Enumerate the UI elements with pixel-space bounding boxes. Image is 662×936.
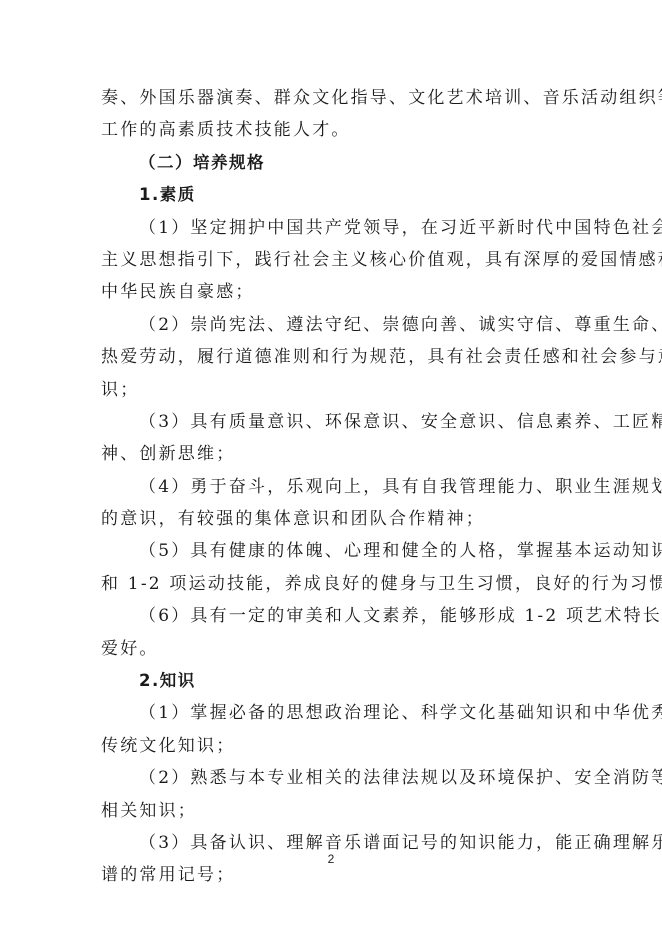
text-line: 谱的常用记号； <box>101 863 563 895</box>
text-line: 传统文化知识； <box>101 734 563 766</box>
text-line: （4）勇于奋斗，乐观向上，具有自我管理能力、职业生涯规划 <box>101 475 563 507</box>
text-line: （1）坚定拥护中国共产党领导，在习近平新时代中国特色社会 <box>101 216 563 248</box>
text-line: 热爱劳动，履行道德准则和行为规范，具有社会责任感和社会参与意 <box>101 345 563 377</box>
section-heading: （二）培养规格 <box>101 151 563 183</box>
text-line: 神、创新思维； <box>101 442 563 474</box>
subsection-heading: 2.知识 <box>101 669 563 701</box>
text-line: 的意识，有较强的集体意识和团队合作精神； <box>101 507 563 539</box>
document-page: 奏、外国乐器演奏、群众文化指导、文化艺术培训、音乐活动组织等 工作的高素质技术技… <box>101 86 563 896</box>
text-line: （2）熟悉与本专业相关的法律法规以及环境保护、安全消防等 <box>101 766 563 798</box>
text-line: （5）具有健康的体魄、心理和健全的人格，掌握基本运动知识 <box>101 539 563 571</box>
text-line: 爱好。 <box>101 637 563 669</box>
text-line: 中华民族自豪感； <box>101 280 563 312</box>
subsection-heading: 1.素质 <box>101 183 563 215</box>
text-line: 主义思想指引下，践行社会主义核心价值观，具有深厚的爱国情感和 <box>101 248 563 280</box>
text-line: （1）掌握必备的思想政治理论、科学文化基础知识和中华优秀 <box>101 701 563 733</box>
text-line: （2）崇尚宪法、遵法守纪、崇德向善、诚实守信、尊重生命、 <box>101 313 563 345</box>
text-line: 奏、外国乐器演奏、群众文化指导、文化艺术培训、音乐活动组织等 <box>101 86 563 118</box>
text-line: 和 1-2 项运动技能，养成良好的健身与卫生习惯，良好的行为习惯； <box>101 572 563 604</box>
text-line: （3）具有质量意识、环保意识、安全意识、信息素养、工匠精 <box>101 410 563 442</box>
text-line: 相关知识； <box>101 799 563 831</box>
page-number: 2 <box>0 852 662 866</box>
text-line: （6）具有一定的审美和人文素养，能够形成 1-2 项艺术特长或 <box>101 604 563 636</box>
text-line: 识； <box>101 378 563 410</box>
text-line: 工作的高素质技术技能人才。 <box>101 118 563 150</box>
